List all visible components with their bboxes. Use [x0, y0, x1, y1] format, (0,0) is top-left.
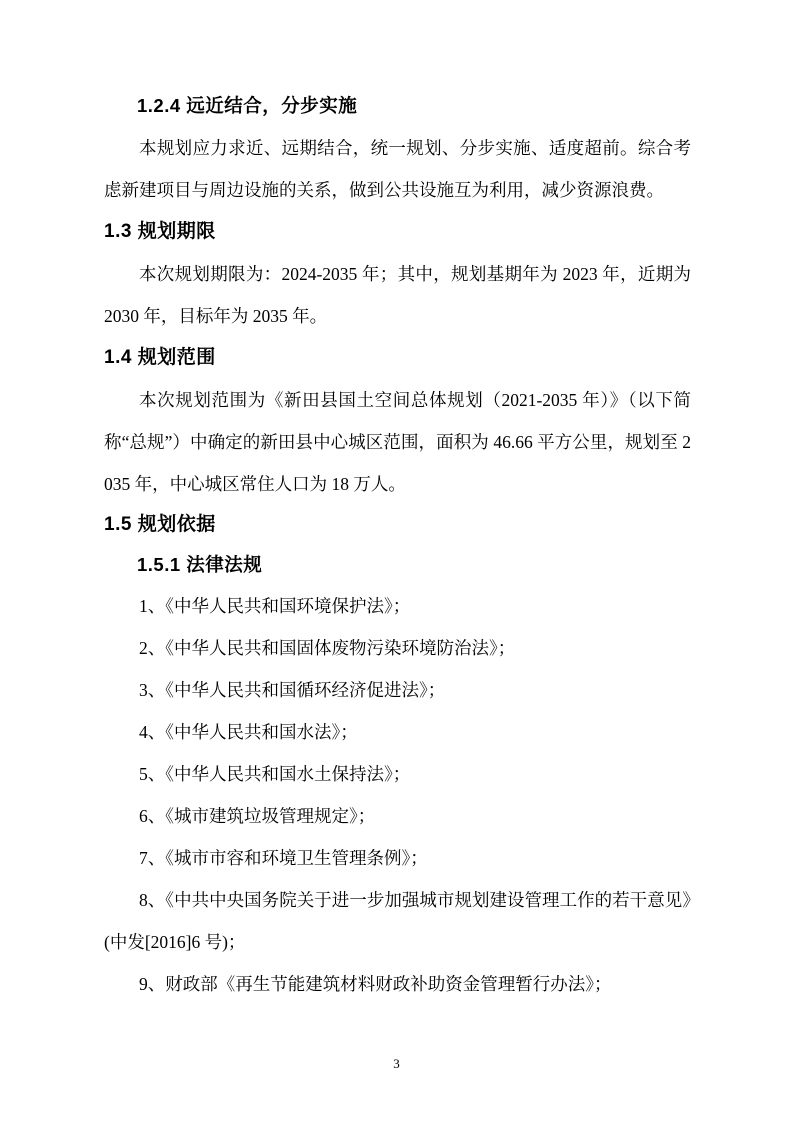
- heading-1-3-planning-period: 1.3 规划期限: [104, 211, 691, 253]
- paragraph-planning-scope: 本次规划范围为《新田县国土空间总体规划（2021-2035 年）》（以下简称“总…: [104, 379, 691, 505]
- heading-1-5-1-laws-regulations: 1.5.1 法律法规: [137, 545, 691, 585]
- legal-item-7: 7、《城市市容和环境卫生管理条例》；: [104, 837, 691, 879]
- paragraph-phased-implementation: 本规划应力求近、远期结合，统一规划、分步实施、适度超前。综合考虑新建项目与周边设…: [104, 127, 691, 211]
- legal-item-2: 2、《中华人民共和国固体废物污染环境防治法》；: [104, 627, 691, 669]
- heading-1-2-4: 1.2.4 远近结合，分步实施: [137, 85, 691, 127]
- paragraph-planning-period: 本次规划期限为：2024-2035 年；其中，规划基期年为 2023 年，近期为…: [104, 253, 691, 337]
- document-content: 1.2.4 远近结合，分步实施 本规划应力求近、远期结合，统一规划、分步实施、适…: [104, 85, 691, 1005]
- legal-item-9: 9、财政部《再生节能建筑材料财政补助资金管理暂行办法》；: [104, 963, 691, 1005]
- heading-1-5-planning-basis: 1.5 规划依据: [104, 505, 691, 545]
- legal-item-5: 5、《中华人民共和国水土保持法》；: [104, 753, 691, 795]
- page-number: 3: [0, 1054, 793, 1074]
- legal-item-3: 3、《中华人民共和国循环经济促进法》；: [104, 669, 691, 711]
- legal-item-4: 4、《中华人民共和国水法》；: [104, 711, 691, 753]
- heading-1-4-planning-scope: 1.4 规划范围: [104, 337, 691, 379]
- legal-item-6: 6、《城市建筑垃圾管理规定》；: [104, 795, 691, 837]
- legal-item-8: 8、《中共中央国务院关于进一步加强城市规划建设管理工作的若干意见》(中发[201…: [104, 879, 691, 963]
- document-page: 1.2.4 远近结合，分步实施 本规划应力求近、远期结合，统一规划、分步实施、适…: [0, 0, 793, 1122]
- legal-item-1: 1、《中华人民共和国环境保护法》；: [104, 585, 691, 627]
